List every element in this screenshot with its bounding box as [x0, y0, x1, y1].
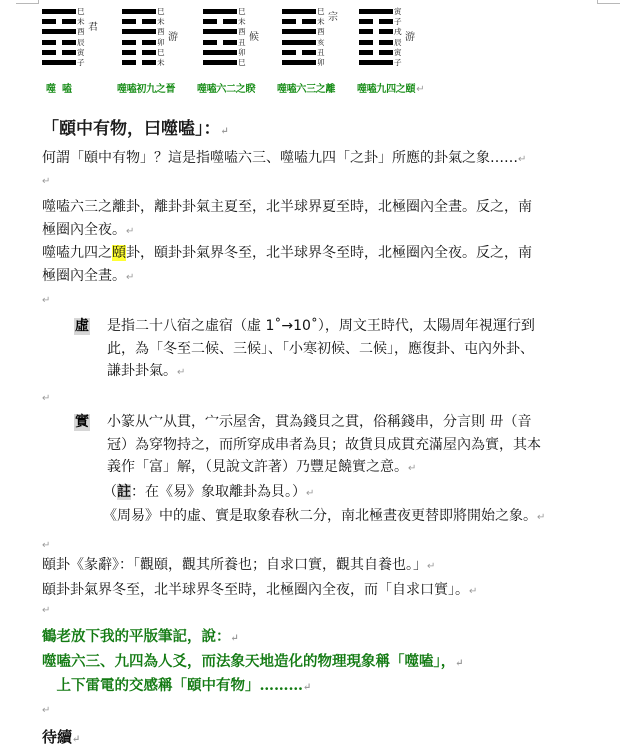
- yang-line-icon: [203, 29, 237, 34]
- branch-label: 子: [77, 58, 87, 68]
- yin-line-icon: [122, 40, 156, 45]
- yang-line-icon: [203, 50, 237, 55]
- yang-line-icon: [42, 9, 76, 14]
- to-be-continued: 待續↵: [42, 726, 80, 747]
- empty-paragraph: ↵: [42, 393, 50, 404]
- branch-label: 卯: [157, 38, 167, 48]
- earthly-branches: 巳未酉亥丑卯: [317, 7, 327, 68]
- yang-line-icon: [282, 60, 316, 65]
- hexagram-name-label: 噬嗑: [46, 80, 78, 95]
- empty-paragraph: ↵: [42, 605, 50, 616]
- branch-label: 未: [77, 17, 87, 27]
- hexagram-name-label: 噬嗑初九之晉: [117, 80, 175, 95]
- yin-line-icon: [42, 19, 76, 24]
- branch-label: 巳: [77, 7, 87, 17]
- branch-label: 巳: [157, 7, 167, 17]
- relation-label: 游: [405, 28, 415, 43]
- branch-label: 辰: [77, 38, 87, 48]
- branch-label: 寅: [77, 48, 87, 58]
- yin-line-icon: [122, 50, 156, 55]
- earthly-branches: 巳未酉丑卯巳: [238, 7, 248, 68]
- branch-label: 戌: [394, 27, 404, 37]
- hexagram-name-label: 噬嗑六三之離: [277, 80, 335, 95]
- page-corner-mark-left: [16, 0, 39, 4]
- term-xu-definition: 是指二十八宿之虛宿（虛 1˚→10˚），周文王時代，太陽周年視運行到 此，為「冬…: [107, 315, 535, 385]
- branch-label: 未: [157, 17, 167, 27]
- yin-line-icon: [122, 60, 156, 65]
- page-corner-mark-right: [597, 0, 620, 4]
- branch-label: 丑: [317, 48, 327, 58]
- hexagram-name-label: 噬嗑九四之頤↵: [357, 80, 424, 95]
- branch-label: 寅: [394, 7, 404, 17]
- branch-label: 丑: [238, 38, 248, 48]
- branch-label: 辰: [394, 38, 404, 48]
- yin-line-icon: [359, 40, 393, 45]
- yin-line-icon: [282, 50, 316, 55]
- hexagram-name-label: 噬嗑六二之睽: [197, 80, 255, 95]
- yang-line-icon: [122, 29, 156, 34]
- branch-label: 子: [394, 17, 404, 27]
- green-quote: 鶴老放下我的平版筆記，說：↵ 噬嗑六三、九四為人爻，而法象天地造化的物理現象稱「…: [42, 626, 464, 700]
- branch-label: 巳: [157, 48, 167, 58]
- branch-label: 卯: [317, 58, 327, 68]
- branch-label: 酉: [317, 27, 327, 37]
- yin-line-icon: [359, 19, 393, 24]
- yang-line-icon: [203, 60, 237, 65]
- yang-line-icon: [282, 9, 316, 14]
- empty-paragraph: ↵: [42, 295, 50, 306]
- branch-label: 酉: [238, 27, 248, 37]
- branch-label: 亥: [317, 38, 327, 48]
- branch-label: 巳: [317, 7, 327, 17]
- earthly-branches: 巳未酉辰寅子: [77, 7, 87, 68]
- highlighted-text: 頤: [112, 245, 126, 261]
- paragraph-yi-gua: 噬嗑九四之頤卦，頤卦卦氣界冬至，北半球界冬至時，北極圈內全夜。反之，南 極圈內全…: [42, 242, 532, 289]
- yin-line-icon: [42, 50, 76, 55]
- yang-line-icon: [203, 9, 237, 14]
- paragraph-intro: 何謂「頤中有物」？這是指噬嗑六三、噬嗑九四「之卦」所應的卦氣之象……↵: [42, 147, 526, 172]
- yin-line-icon: [282, 19, 316, 24]
- earthly-branches: 寅子戌辰寅子: [394, 7, 404, 68]
- note-label: 註: [117, 484, 131, 500]
- empty-paragraph: ↵: [42, 176, 50, 187]
- branch-label: 巳: [238, 58, 248, 68]
- yin-line-icon: [42, 40, 76, 45]
- empty-paragraph: ↵: [42, 540, 50, 551]
- branch-label: 未: [157, 58, 167, 68]
- earthly-branches: 巳未酉卯巳未: [157, 7, 167, 68]
- yang-line-icon: [122, 9, 156, 14]
- empty-paragraph: ↵: [42, 705, 50, 716]
- term-xu: 虛: [74, 318, 90, 335]
- yang-line-icon: [42, 29, 76, 34]
- branch-label: 寅: [394, 48, 404, 58]
- yin-line-icon: [359, 29, 393, 34]
- yin-line-icon: [203, 40, 237, 45]
- relation-label: 游: [168, 28, 178, 43]
- section-heading: 「頤中有物，曰噬嗑」：↵: [42, 114, 229, 139]
- branch-label: 酉: [77, 27, 87, 37]
- relation-label: 宗: [328, 8, 338, 23]
- yin-line-icon: [203, 19, 237, 24]
- branch-label: 酉: [157, 27, 167, 37]
- paragraph-yi-tuanci: 頤卦《彖辭》：「觀頤，觀其所養也；自求口實，觀其自養也。」↵ 頤卦卦氣界冬至，北…: [42, 554, 477, 603]
- branch-label: 子: [394, 58, 404, 68]
- paragraph-li-gua: 噬嗑六三之離卦，離卦卦氣主夏至，北半球界夏至時，北極圈內全晝。反之，南 極圈內全…: [42, 196, 532, 243]
- relation-label: 君: [88, 18, 98, 33]
- yin-line-icon: [122, 19, 156, 24]
- yang-line-icon: [282, 40, 316, 45]
- branch-label: 巳: [238, 7, 248, 17]
- hexagram-row: 巳未酉辰寅子君巳未酉卯巳未游巳未酉丑卯巳候巳未酉亥丑卯宗寅子戌辰寅子游: [0, 9, 636, 71]
- hexagram-labels: 噬嗑噬嗑初九之晉噬嗑六二之睽噬嗑六三之離噬嗑九四之頤↵: [0, 80, 636, 94]
- term-shi: 實: [74, 414, 90, 431]
- yin-line-icon: [359, 50, 393, 55]
- term-shi-definition: 小篆从宀从貫，宀示屋舍，貫為錢貝之貫，俗稱錢串，分言則 毌（音 冠）為穿物持之，…: [107, 411, 545, 530]
- yang-line-icon: [282, 29, 316, 34]
- branch-label: 未: [317, 17, 327, 27]
- branch-label: 未: [238, 17, 248, 27]
- yang-line-icon: [42, 60, 76, 65]
- relation-label: 候: [249, 28, 259, 43]
- yang-line-icon: [359, 9, 393, 14]
- yang-line-icon: [359, 60, 393, 65]
- branch-label: 卯: [238, 48, 248, 58]
